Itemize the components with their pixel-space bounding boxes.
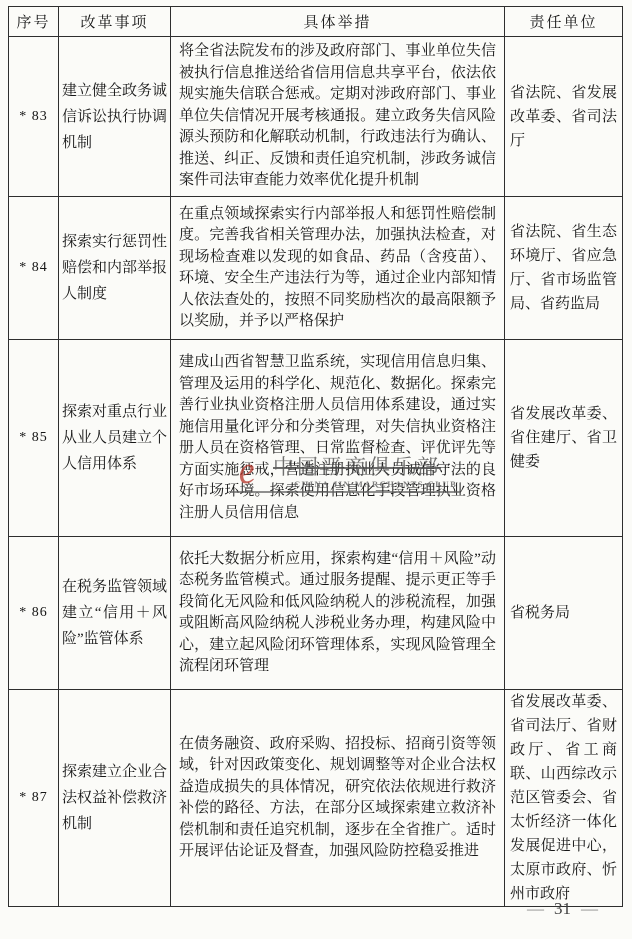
col-header-measures: 具体举措 [171, 7, 505, 37]
row-measures: 在重点领域探索实行内部举报人和惩罚性赔偿制度。完善我省相关管理办法，加强执法检查… [171, 197, 505, 340]
row-responsible-unit: 省法院、省发展改革委、省司法厅 [505, 37, 623, 197]
row-serial: * 86 [9, 537, 59, 690]
col-header-responsible-unit: 责任单位 [505, 7, 623, 37]
row-responsible-unit: 省税务局 [505, 537, 623, 690]
row-responsible-unit: 省发展改革委、省司法厅、省财政厅、省工商联、山西综改示范区管委会、省太忻经济一体… [505, 690, 623, 907]
row-serial: * 85 [9, 340, 59, 537]
row-serial: * 84 [9, 197, 59, 340]
row-measures: 建成山西省智慧卫监系统，实现信用信息归集、管理及运用的科学化、规范化、数据化。探… [171, 340, 505, 537]
table-row: * 85 探索对重点行业从业人员建立个人信用体系 建成山西省智慧卫监系统，实现信… [9, 340, 623, 537]
row-reform-item: 建立健全政务诚信诉讼执行协调机制 [59, 37, 171, 197]
row-measures: 依托大数据分析应用，探索构建“信用＋风险”动态税务监管模式。通过服务提醒、提示更… [171, 537, 505, 690]
table-row: * 84 探索实行惩罚性赔偿和内部举报人制度 在重点领域探索实行内部举报人和惩罚… [9, 197, 623, 340]
page-number: —31— [517, 899, 608, 919]
table-row: * 83 建立健全政务诚信诉讼执行协调机制 将全省法院发布的涉及政府部门、事业单… [9, 37, 623, 197]
table-row: * 87 探索建立企业合法权益补偿救济机制 在债务融资、政府采购、招投标、招商引… [9, 690, 623, 907]
row-responsible-unit: 省发展改革委、省住建厅、省卫健委 [505, 340, 623, 537]
col-header-serial: 序号 [9, 7, 59, 37]
page-number-value: 31 [554, 899, 571, 918]
row-serial: * 87 [9, 690, 59, 907]
table-row: * 86 在税务监管领域建立“信用＋风险”监管体系 依托大数据分析应用，探索构建… [9, 537, 623, 690]
row-responsible-unit: 省法院、省生态环境厅、省应急厅、省市场监管局、省药监局 [505, 197, 623, 340]
row-reform-item: 探索实行惩罚性赔偿和内部举报人制度 [59, 197, 171, 340]
row-measures: 在债务融资、政府采购、招投标、招商引资等领域，针对因政策变化、规划调整等对企业合… [171, 690, 505, 907]
row-reform-item: 探索对重点行业从业人员建立个人信用体系 [59, 340, 171, 537]
page-number-right-dash: — [581, 899, 598, 918]
row-reform-item: 探索建立企业合法权益补偿救济机制 [59, 690, 171, 907]
row-serial: * 83 [9, 37, 59, 197]
row-measures: 将全省法院发布的涉及政府部门、事业单位失信被执行信息推送给省信用信息共享平台，依… [171, 37, 505, 197]
reform-measures-table: 序号 改革事项 具体举措 责任单位 * 83 建立健全政务诚信诉讼执行协调机制 … [8, 6, 623, 907]
row-reform-item: 在税务监管领域建立“信用＋风险”监管体系 [59, 537, 171, 690]
table-header-row: 序号 改革事项 具体举措 责任单位 [9, 7, 623, 37]
page-number-left-dash: — [527, 899, 544, 918]
col-header-reform-item: 改革事项 [59, 7, 171, 37]
